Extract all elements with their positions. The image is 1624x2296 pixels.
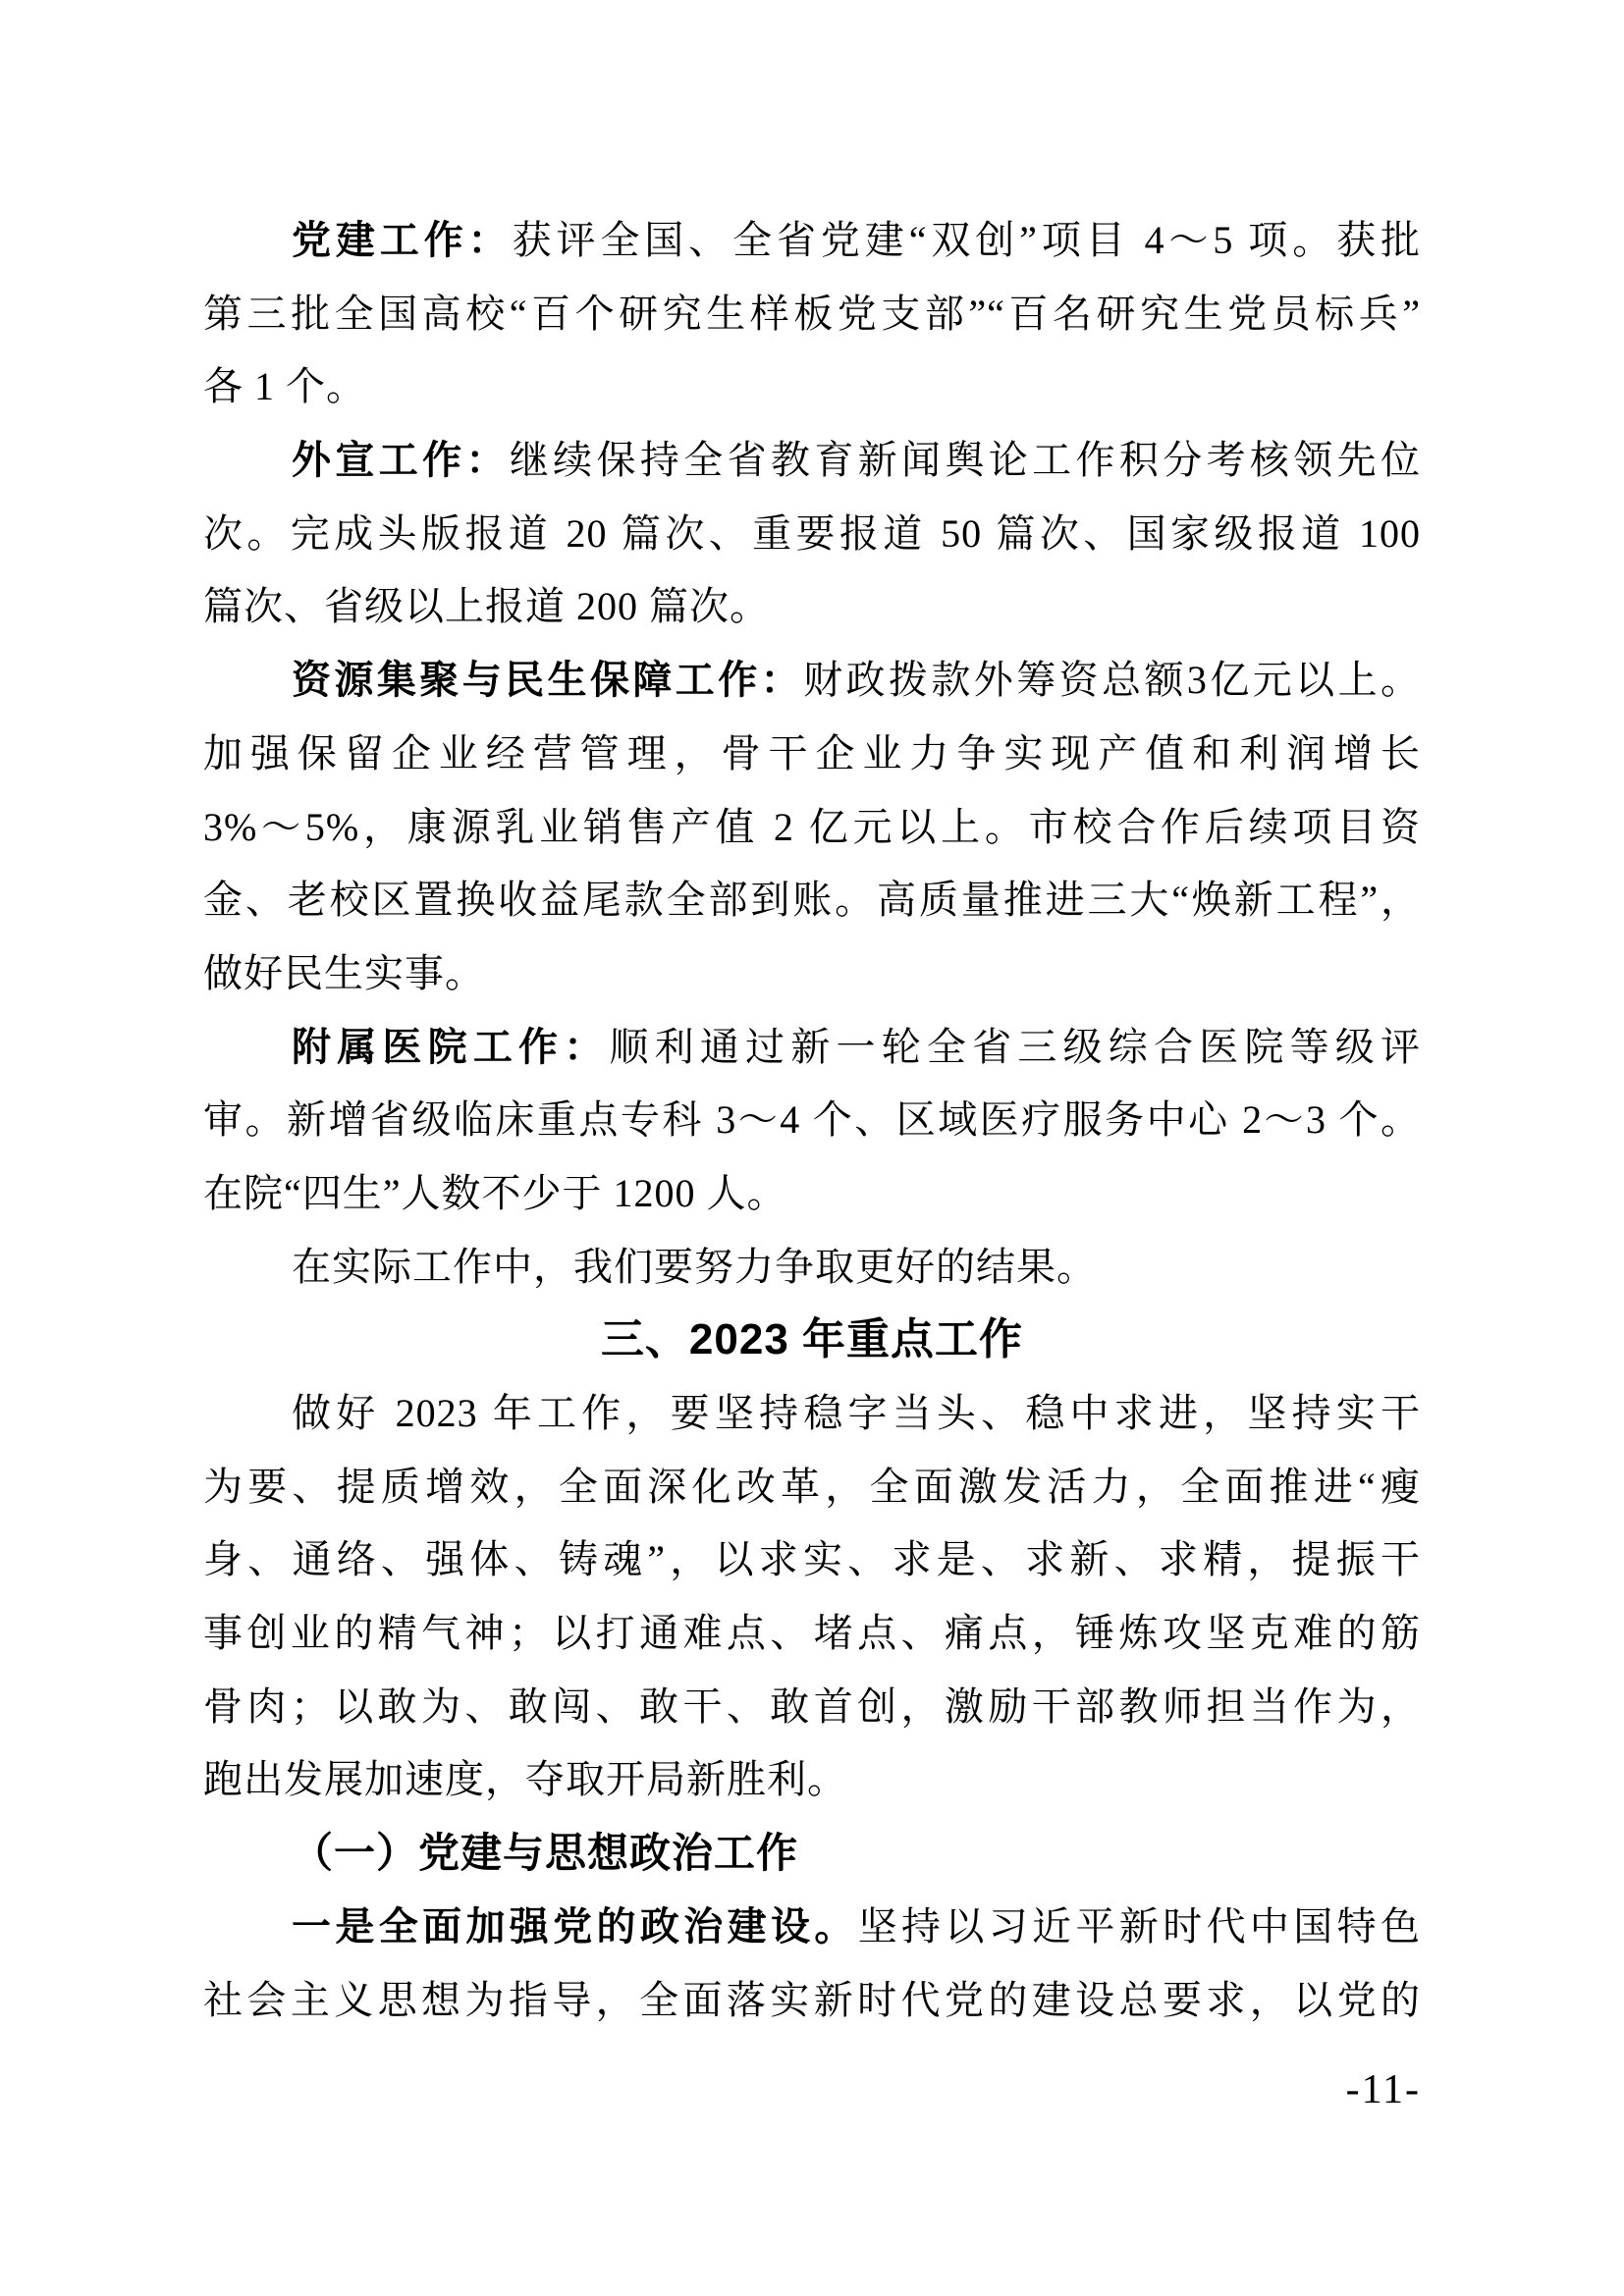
- text-line: 金、老校区置换收益尾款全部到账。高质量推进三大“焕新工程”，: [203, 864, 1421, 937]
- text-line: 一是全面加强党的政治建设。坚持以习近平新时代中国特色: [203, 1891, 1421, 1964]
- text-line: 党建工作：获评全国、全省党建“双创”项目 4～5 项。获批: [203, 204, 1421, 278]
- subsection-heading: （一）党建与思想政治工作: [203, 1817, 1421, 1891]
- text-line: 审。新增省级临床重点专科 3～4 个、区域医疗服务中心 2～3 个。: [203, 1084, 1421, 1157]
- text-line: 做好民生实事。: [203, 937, 1421, 1011]
- text-line: 3%～5%，康源乳业销售产值 2 亿元以上。市校合作后续项目资: [203, 791, 1421, 865]
- text-block: 党建工作：获评全国、全省党建“双创”项目 4～5 项。获批 第三批全国高校“百个…: [203, 204, 1421, 2037]
- line-text: 做好民生实事。: [203, 951, 485, 995]
- line-text: 做好 2023 年工作，要坚持稳字当头、稳中求进，坚持实干: [292, 1391, 1421, 1435]
- line-text: 社会主义思想为指导，全面落实新时代党的建设总要求，以党的: [203, 1978, 1421, 2022]
- section-heading-text: 三、2023 年重点工作: [601, 1315, 1023, 1363]
- subsection-heading-text: （一）党建与思想政治工作: [292, 1830, 798, 1876]
- text-line: 骨肉；以敢为、敢闯、敢干、敢首创，激励干部教师担当作为，: [203, 1671, 1421, 1744]
- text-line: 身、通络、强体、铸魂”，以求实、求是、求新、求精，提振干: [203, 1523, 1421, 1597]
- paragraph-lead-political-construction: 一是全面加强党的政治建设。: [292, 1905, 858, 1949]
- line-text: 坚持以习近平新时代中国特色: [858, 1904, 1421, 1949]
- line-text: 金、老校区置换收益尾款全部到账。高质量推进三大“焕新工程”，: [203, 878, 1421, 922]
- line-text: 跑出发展加速度，夺取开局新胜利。: [203, 1757, 847, 1801]
- text-line: 加强保留企业经营管理，骨干企业力争实现产值和利润增长: [203, 718, 1421, 791]
- text-line: 篇次、省级以上报道 200 篇次。: [203, 570, 1421, 644]
- line-text: 第三批全国高校“百个研究生样板党支部”“百名研究生党员标兵”: [203, 292, 1421, 336]
- paragraph-lead-affiliated-hospital: 附属医院工作：: [292, 1026, 609, 1069]
- text-line: 做好 2023 年工作，要坚持稳字当头、稳中求进，坚持实干: [203, 1377, 1421, 1451]
- paragraph-lead-resources-livelihood: 资源集聚与民生保障工作：: [292, 659, 803, 702]
- section-heading: 三、2023 年重点工作: [203, 1304, 1421, 1377]
- line-text: 3%～5%，康源乳业销售产值 2 亿元以上。市校合作后续项目资: [203, 805, 1421, 849]
- text-line: 各 1 个。: [203, 350, 1421, 424]
- line-text: 为要、提质增效，全面深化改革，全面激发活力，全面推进“瘦: [203, 1465, 1421, 1509]
- line-text: 加强保留企业经营管理，骨干企业力争实现产值和利润增长: [203, 731, 1421, 775]
- page-number: -11-: [203, 2065, 1421, 2114]
- line-text: 篇次、省级以上报道 200 篇次。: [203, 584, 770, 628]
- line-text: 继续保持全省教育新闻舆论工作积分考核领先位: [510, 438, 1421, 482]
- line-text: 次。完成头版报道 20 篇次、重要报道 50 篇次、国家级报道 100: [203, 511, 1421, 556]
- text-line: 第三批全国高校“百个研究生样板党支部”“百名研究生党员标兵”: [203, 278, 1421, 351]
- text-line: 跑出发展加速度，夺取开局新胜利。: [203, 1743, 1421, 1817]
- document-page: 党建工作：获评全国、全省党建“双创”项目 4～5 项。获批 第三批全国高校“百个…: [0, 0, 1624, 2296]
- line-text: 身、通络、强体、铸魂”，以求实、求是、求新、求精，提振干: [203, 1537, 1421, 1581]
- paragraph-lead-party-building: 党建工作：: [292, 219, 513, 262]
- line-text: 在院“四生”人数不少于 1200 人。: [203, 1171, 787, 1215]
- line-text: 财政拨款外筹资总额3亿元以上。: [803, 658, 1421, 702]
- text-line: 事创业的精气神；以打通难点、堵点、痛点，锤炼攻坚克难的筋: [203, 1597, 1421, 1671]
- text-line: 在院“四生”人数不少于 1200 人。: [203, 1157, 1421, 1231]
- line-text: 顺利通过新一轮全省三级综合医院等级评: [609, 1025, 1421, 1069]
- text-line: 次。完成头版报道 20 篇次、重要报道 50 篇次、国家级报道 100: [203, 498, 1421, 571]
- line-text: 事创业的精气神；以打通难点、堵点、痛点，锤炼攻坚克难的筋: [203, 1611, 1421, 1655]
- line-text: 获评全国、全省党建“双创”项目 4～5 项。获批: [513, 218, 1421, 262]
- text-line: 资源集聚与民生保障工作：财政拨款外筹资总额3亿元以上。: [203, 644, 1421, 718]
- paragraph-lead-publicity: 外宣工作：: [292, 439, 510, 482]
- text-line: 附属医院工作：顺利通过新一轮全省三级综合医院等级评: [203, 1011, 1421, 1085]
- text-line: 在实际工作中，我们要努力争取更好的结果。: [203, 1231, 1421, 1305]
- text-line: 社会主义思想为指导，全面落实新时代党的建设总要求，以党的: [203, 1964, 1421, 2038]
- line-text: 审。新增省级临床重点专科 3～4 个、区域医疗服务中心 2～3 个。: [203, 1097, 1421, 1142]
- line-text: 骨肉；以敢为、敢闯、敢干、敢首创，激励干部教师担当作为，: [203, 1684, 1421, 1729]
- text-line: 外宣工作：继续保持全省教育新闻舆论工作积分考核领先位: [203, 424, 1421, 498]
- line-text: 在实际工作中，我们要努力争取更好的结果。: [292, 1245, 1097, 1289]
- text-line: 为要、提质增效，全面深化改革，全面激发活力，全面推进“瘦: [203, 1451, 1421, 1524]
- line-text: 各 1 个。: [203, 364, 366, 408]
